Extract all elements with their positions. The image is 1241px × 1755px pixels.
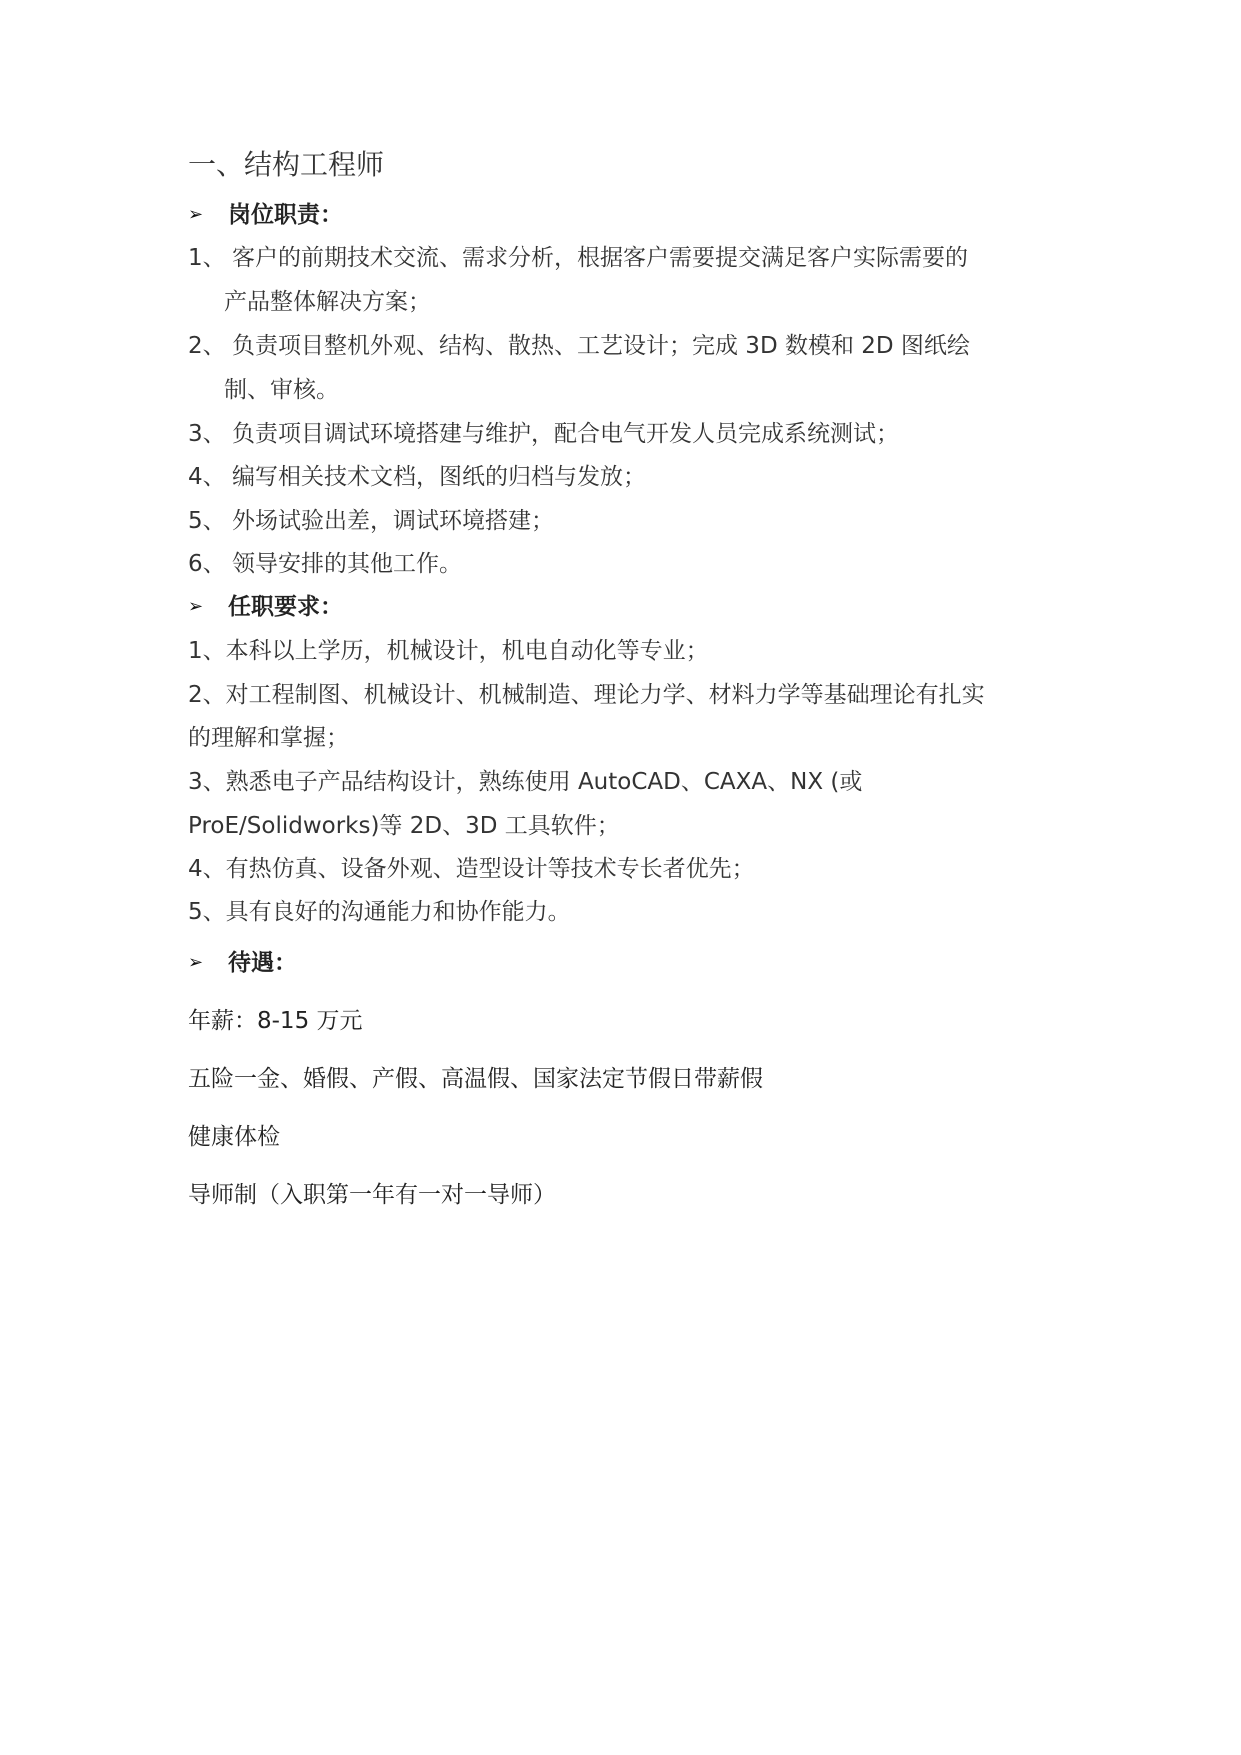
- benefit-health-check: 健康体检: [188, 1122, 280, 1152]
- item-text: 编写相关技术文档，图纸的归档与发放；: [232, 464, 646, 490]
- duty-item: 1、客户的前期技术交流、需求分析，根据客户需要提交满足客户实际需要的: [188, 243, 968, 273]
- item-number: 4、: [188, 462, 232, 492]
- requirement-item-continued: ProE/Solidworks)等 2D、3D 工具软件；: [188, 811, 620, 841]
- benefit-salary: 年薪：8-15 万元: [188, 1006, 363, 1036]
- section-heading-benefits: ➢ 待遇：: [188, 948, 297, 978]
- arrow-bullet-icon: ➢: [188, 200, 228, 230]
- heading-label: 任职要求：: [228, 592, 343, 622]
- requirement-item: 3、熟悉电子产品结构设计，熟练使用 AutoCAD、CAXA、NX (或: [188, 767, 862, 797]
- item-text: 负责项目调试环境搭建与维护，配合电气开发人员完成系统测试；: [232, 421, 899, 447]
- item-text: 领导安排的其他工作。: [232, 551, 462, 577]
- duty-item: 3、负责项目调试环境搭建与维护，配合电气开发人员完成系统测试；: [188, 419, 899, 449]
- duty-item: 5、外场试验出差，调试环境搭建；: [188, 506, 554, 536]
- item-text: 负责项目整机外观、结构、散热、工艺设计；完成 3D 数模和 2D 图纸绘: [232, 333, 970, 359]
- item-text: 外场试验出差，调试环境搭建；: [232, 508, 554, 534]
- heading-label: 待遇：: [228, 948, 297, 978]
- section-heading-duties: ➢ 岗位职责：: [188, 200, 343, 230]
- item-number: 3、: [188, 419, 232, 449]
- item-number: 6、: [188, 549, 232, 579]
- duty-item-continued: 制、审核。: [224, 375, 339, 405]
- benefit-insurance-leave: 五险一金、婚假、产假、高温假、国家法定节假日带薪假: [188, 1064, 763, 1094]
- document-page: 一、结构工程师 ➢ 岗位职责： 1、客户的前期技术交流、需求分析，根据客户需要提…: [0, 0, 1241, 1755]
- duty-item: 2、负责项目整机外观、结构、散热、工艺设计；完成 3D 数模和 2D 图纸绘: [188, 331, 970, 361]
- duty-item-continued: 产品整体解决方案；: [224, 287, 431, 317]
- item-text: 客户的前期技术交流、需求分析，根据客户需要提交满足客户实际需要的: [232, 245, 968, 271]
- item-number: 2、: [188, 331, 232, 361]
- benefit-mentorship: 导师制（入职第一年有一对一导师）: [188, 1180, 556, 1210]
- item-number: 5、: [188, 506, 232, 536]
- requirement-item: 2、对工程制图、机械设计、机械制造、理论力学、材料力学等基础理论有扎实: [188, 680, 985, 710]
- arrow-bullet-icon: ➢: [188, 592, 228, 622]
- requirement-item: 5、具有良好的沟通能力和协作能力。: [188, 897, 571, 927]
- arrow-bullet-icon: ➢: [188, 948, 228, 978]
- duty-item: 6、领导安排的其他工作。: [188, 549, 462, 579]
- page-title: 一、结构工程师: [188, 147, 384, 183]
- requirement-item-continued: 的理解和掌握；: [188, 723, 349, 753]
- requirement-item: 1、本科以上学历，机械设计，机电自动化等专业；: [188, 636, 709, 666]
- duty-item: 4、编写相关技术文档，图纸的归档与发放；: [188, 462, 646, 492]
- requirement-item: 4、有热仿真、设备外观、造型设计等技术专长者优先；: [188, 854, 755, 884]
- item-number: 1、: [188, 243, 232, 273]
- heading-label: 岗位职责：: [228, 200, 343, 230]
- section-heading-requirements: ➢ 任职要求：: [188, 592, 343, 622]
